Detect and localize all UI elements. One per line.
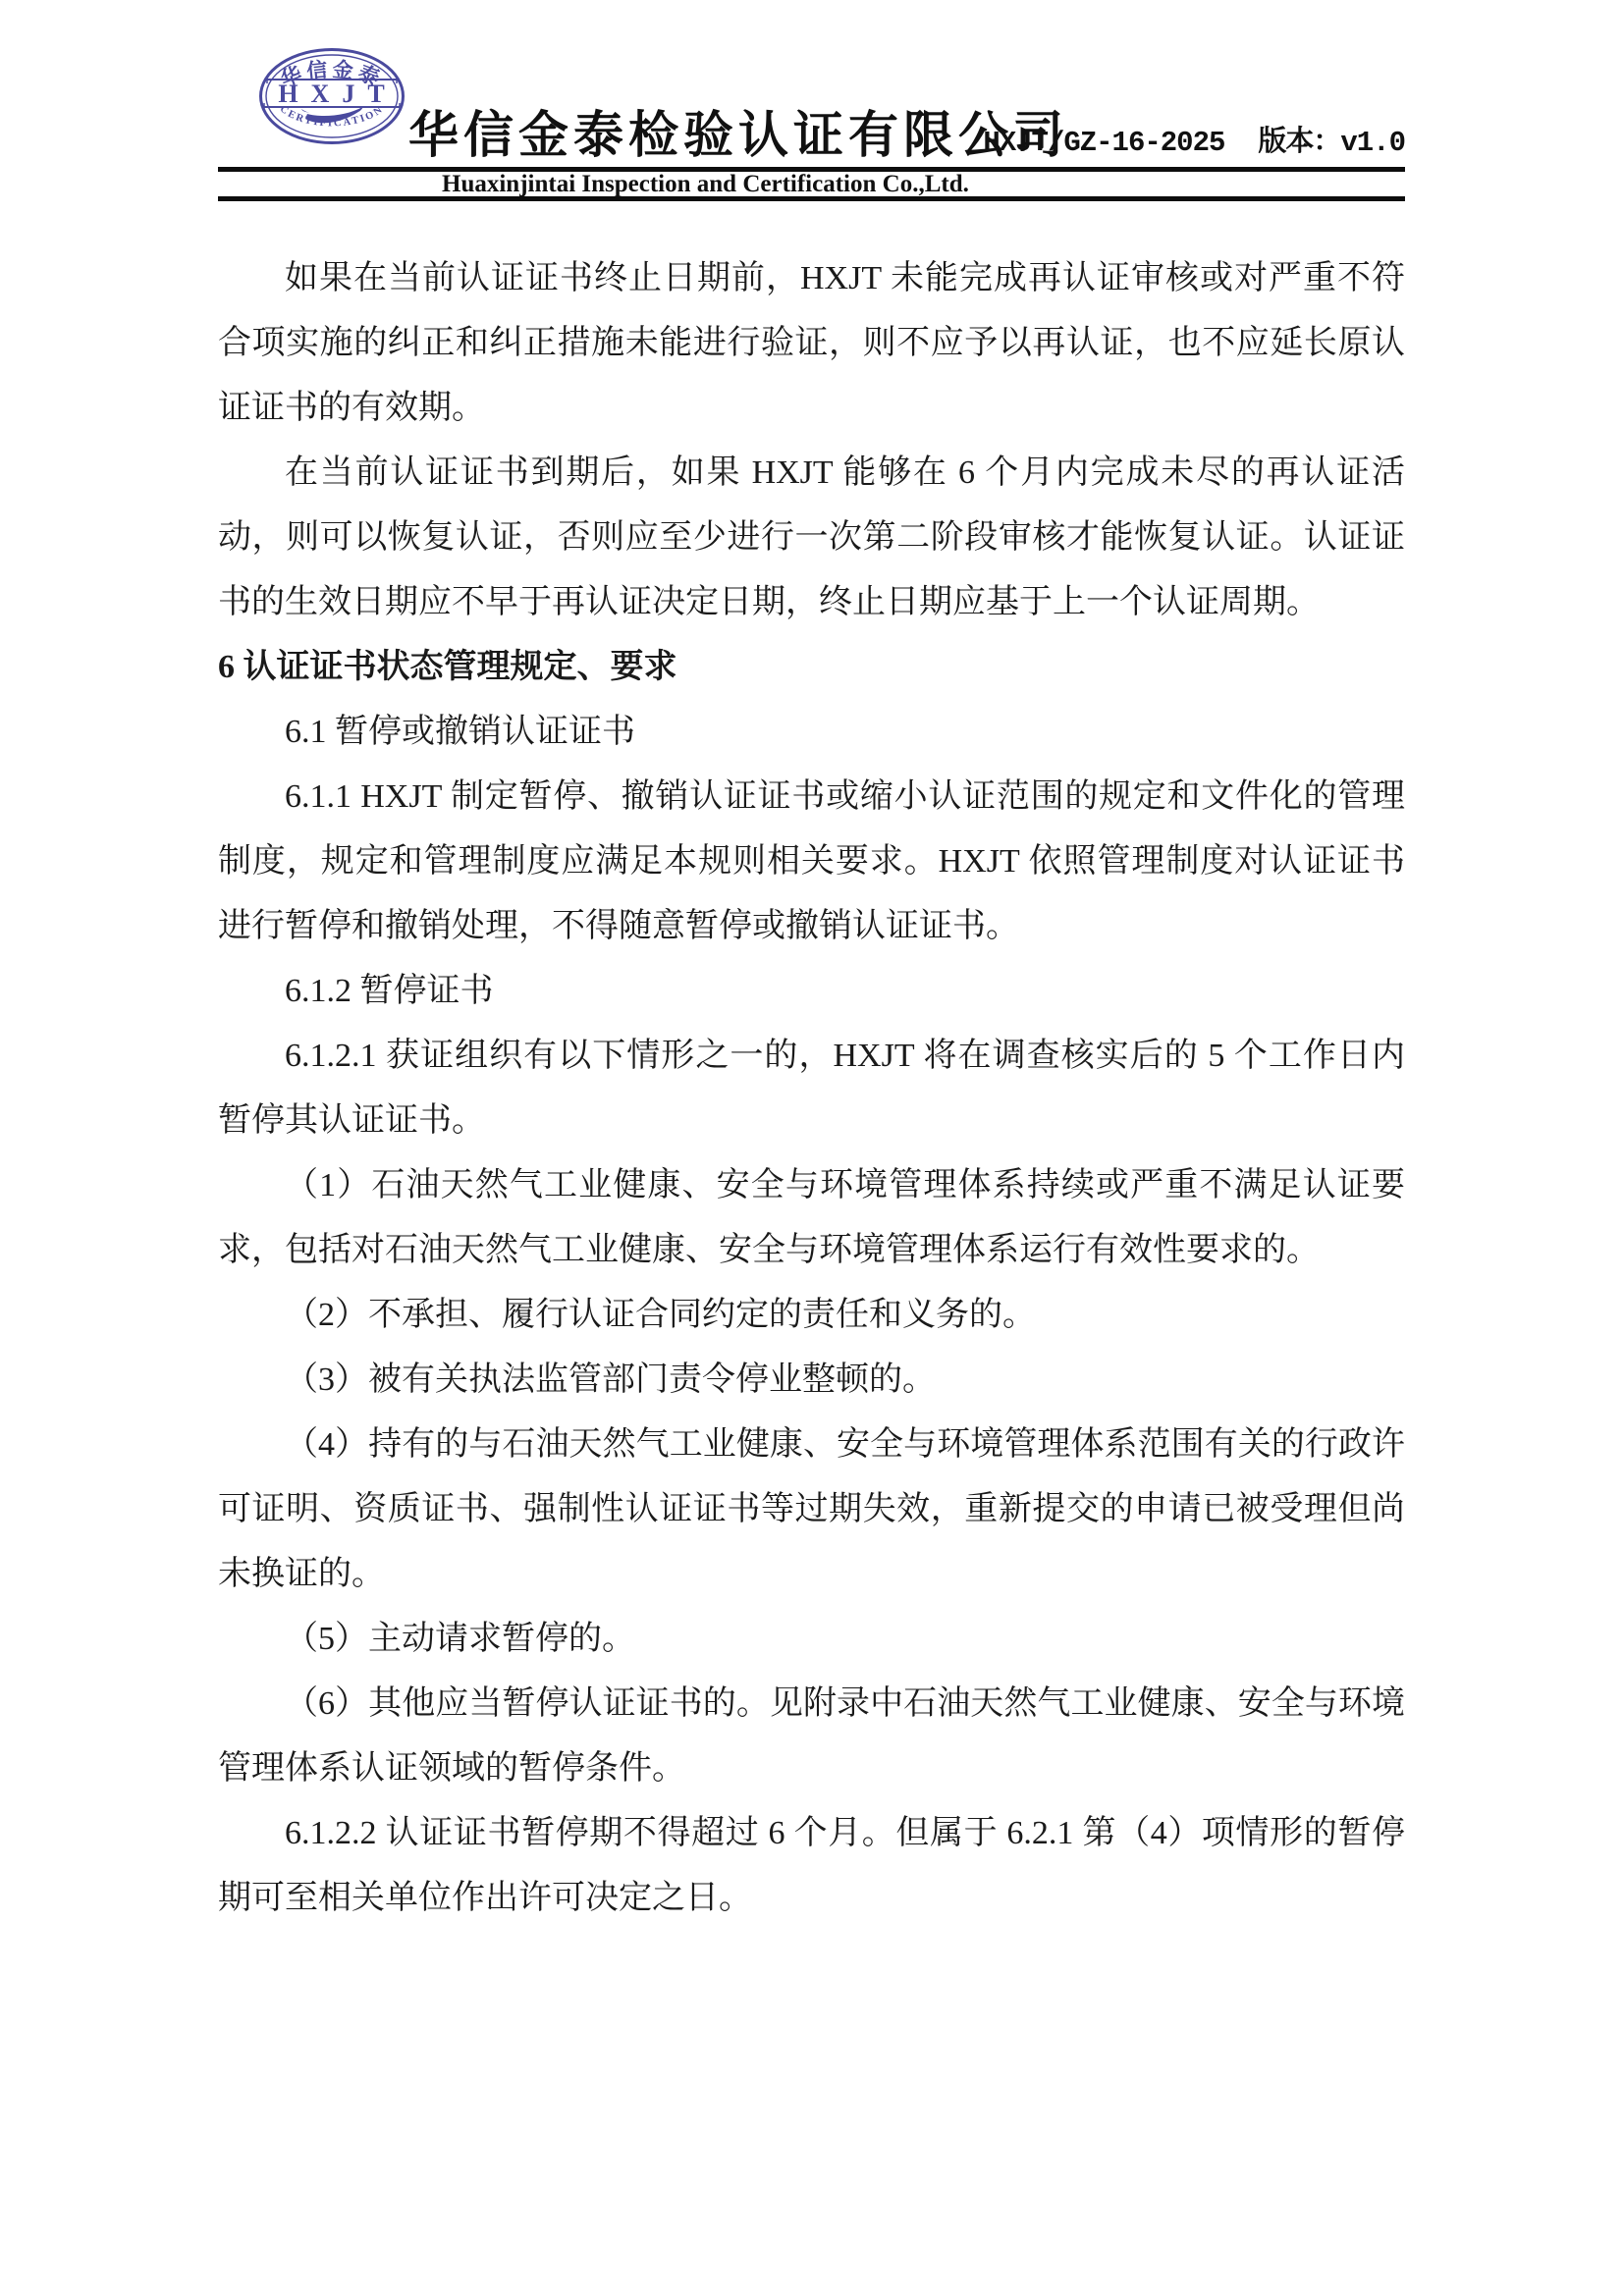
paragraph: （2）不承担、履行认证合同约定的责任和义务的。 xyxy=(218,1283,1405,1348)
paragraph: 6.1.1 HXJT 制定暂停、撤销认证证书或缩小认证范围的规定和文件化的管理制… xyxy=(218,765,1405,959)
paragraph: 如果在当前认证证书终止日期前，HXJT 未能完成再认证审核或对严重不符合项实施的… xyxy=(218,246,1405,441)
paragraph: （1）石油天然气工业健康、安全与环境管理体系持续或严重不满足认证要求，包括对石油… xyxy=(218,1153,1405,1283)
paragraph: 6.1.2.1 获证组织有以下情形之一的，HXJT 将在调查核实后的 5 个工作… xyxy=(218,1024,1405,1153)
doc-version: 版本：v1.0 xyxy=(1258,127,1405,159)
certification-seal-icon: HXJT 华信金泰 CERTIFICATION xyxy=(257,47,406,145)
paragraph: （6）其他应当暂停认证证书的。见附录中石油天然气工业健康、安全与环境管理体系认证… xyxy=(218,1672,1405,1801)
company-name-en: Huaxinjintai Inspection and Certificatio… xyxy=(442,172,969,196)
company-name-zh: 华信金泰检验认证有限公司 xyxy=(408,94,1068,167)
company-logo: HXJT 华信金泰 CERTIFICATION xyxy=(257,47,406,145)
section-heading: 6 认证证书状态管理规定、要求 xyxy=(218,635,1405,700)
doc-meta: HXJT/GZ-16-2025版本：v1.0 xyxy=(983,119,1405,159)
paragraph: 6.1.2.2 认证证书暂停期不得超过 6 个月。但属于 6.2.1 第（4）项… xyxy=(218,1801,1405,1931)
header-top: HXJT 华信金泰 CERTIFICATION 华信金泰检验认证有限公司 HXJ… xyxy=(218,41,1405,167)
document-page: HXJT 华信金泰 CERTIFICATION 华信金泰检验认证有限公司 HXJ… xyxy=(0,0,1623,2296)
paragraph: （3）被有关执法监管部门责令停业整顿的。 xyxy=(218,1348,1405,1413)
document-body: 如果在当前认证证书终止日期前，HXJT 未能完成再认证审核或对严重不符合项实施的… xyxy=(218,246,1405,1931)
paragraph: 6.1.2 暂停证书 xyxy=(218,959,1405,1024)
paragraph: 在当前认证证书到期后，如果 HXJT 能够在 6 个月内完成未尽的再认证活动，则… xyxy=(218,441,1405,635)
paragraph: （5）主动请求暂停的。 xyxy=(218,1607,1405,1672)
doc-number: HXJT/GZ-16-2025 xyxy=(983,127,1224,159)
document-header: HXJT 华信金泰 CERTIFICATION 华信金泰检验认证有限公司 HXJ… xyxy=(218,41,1405,201)
paragraph: （4）持有的与石油天然气工业健康、安全与环境管理体系范围有关的行政许可证明、资质… xyxy=(218,1413,1405,1607)
paragraph: 6.1 暂停或撤销认证证书 xyxy=(218,700,1405,765)
